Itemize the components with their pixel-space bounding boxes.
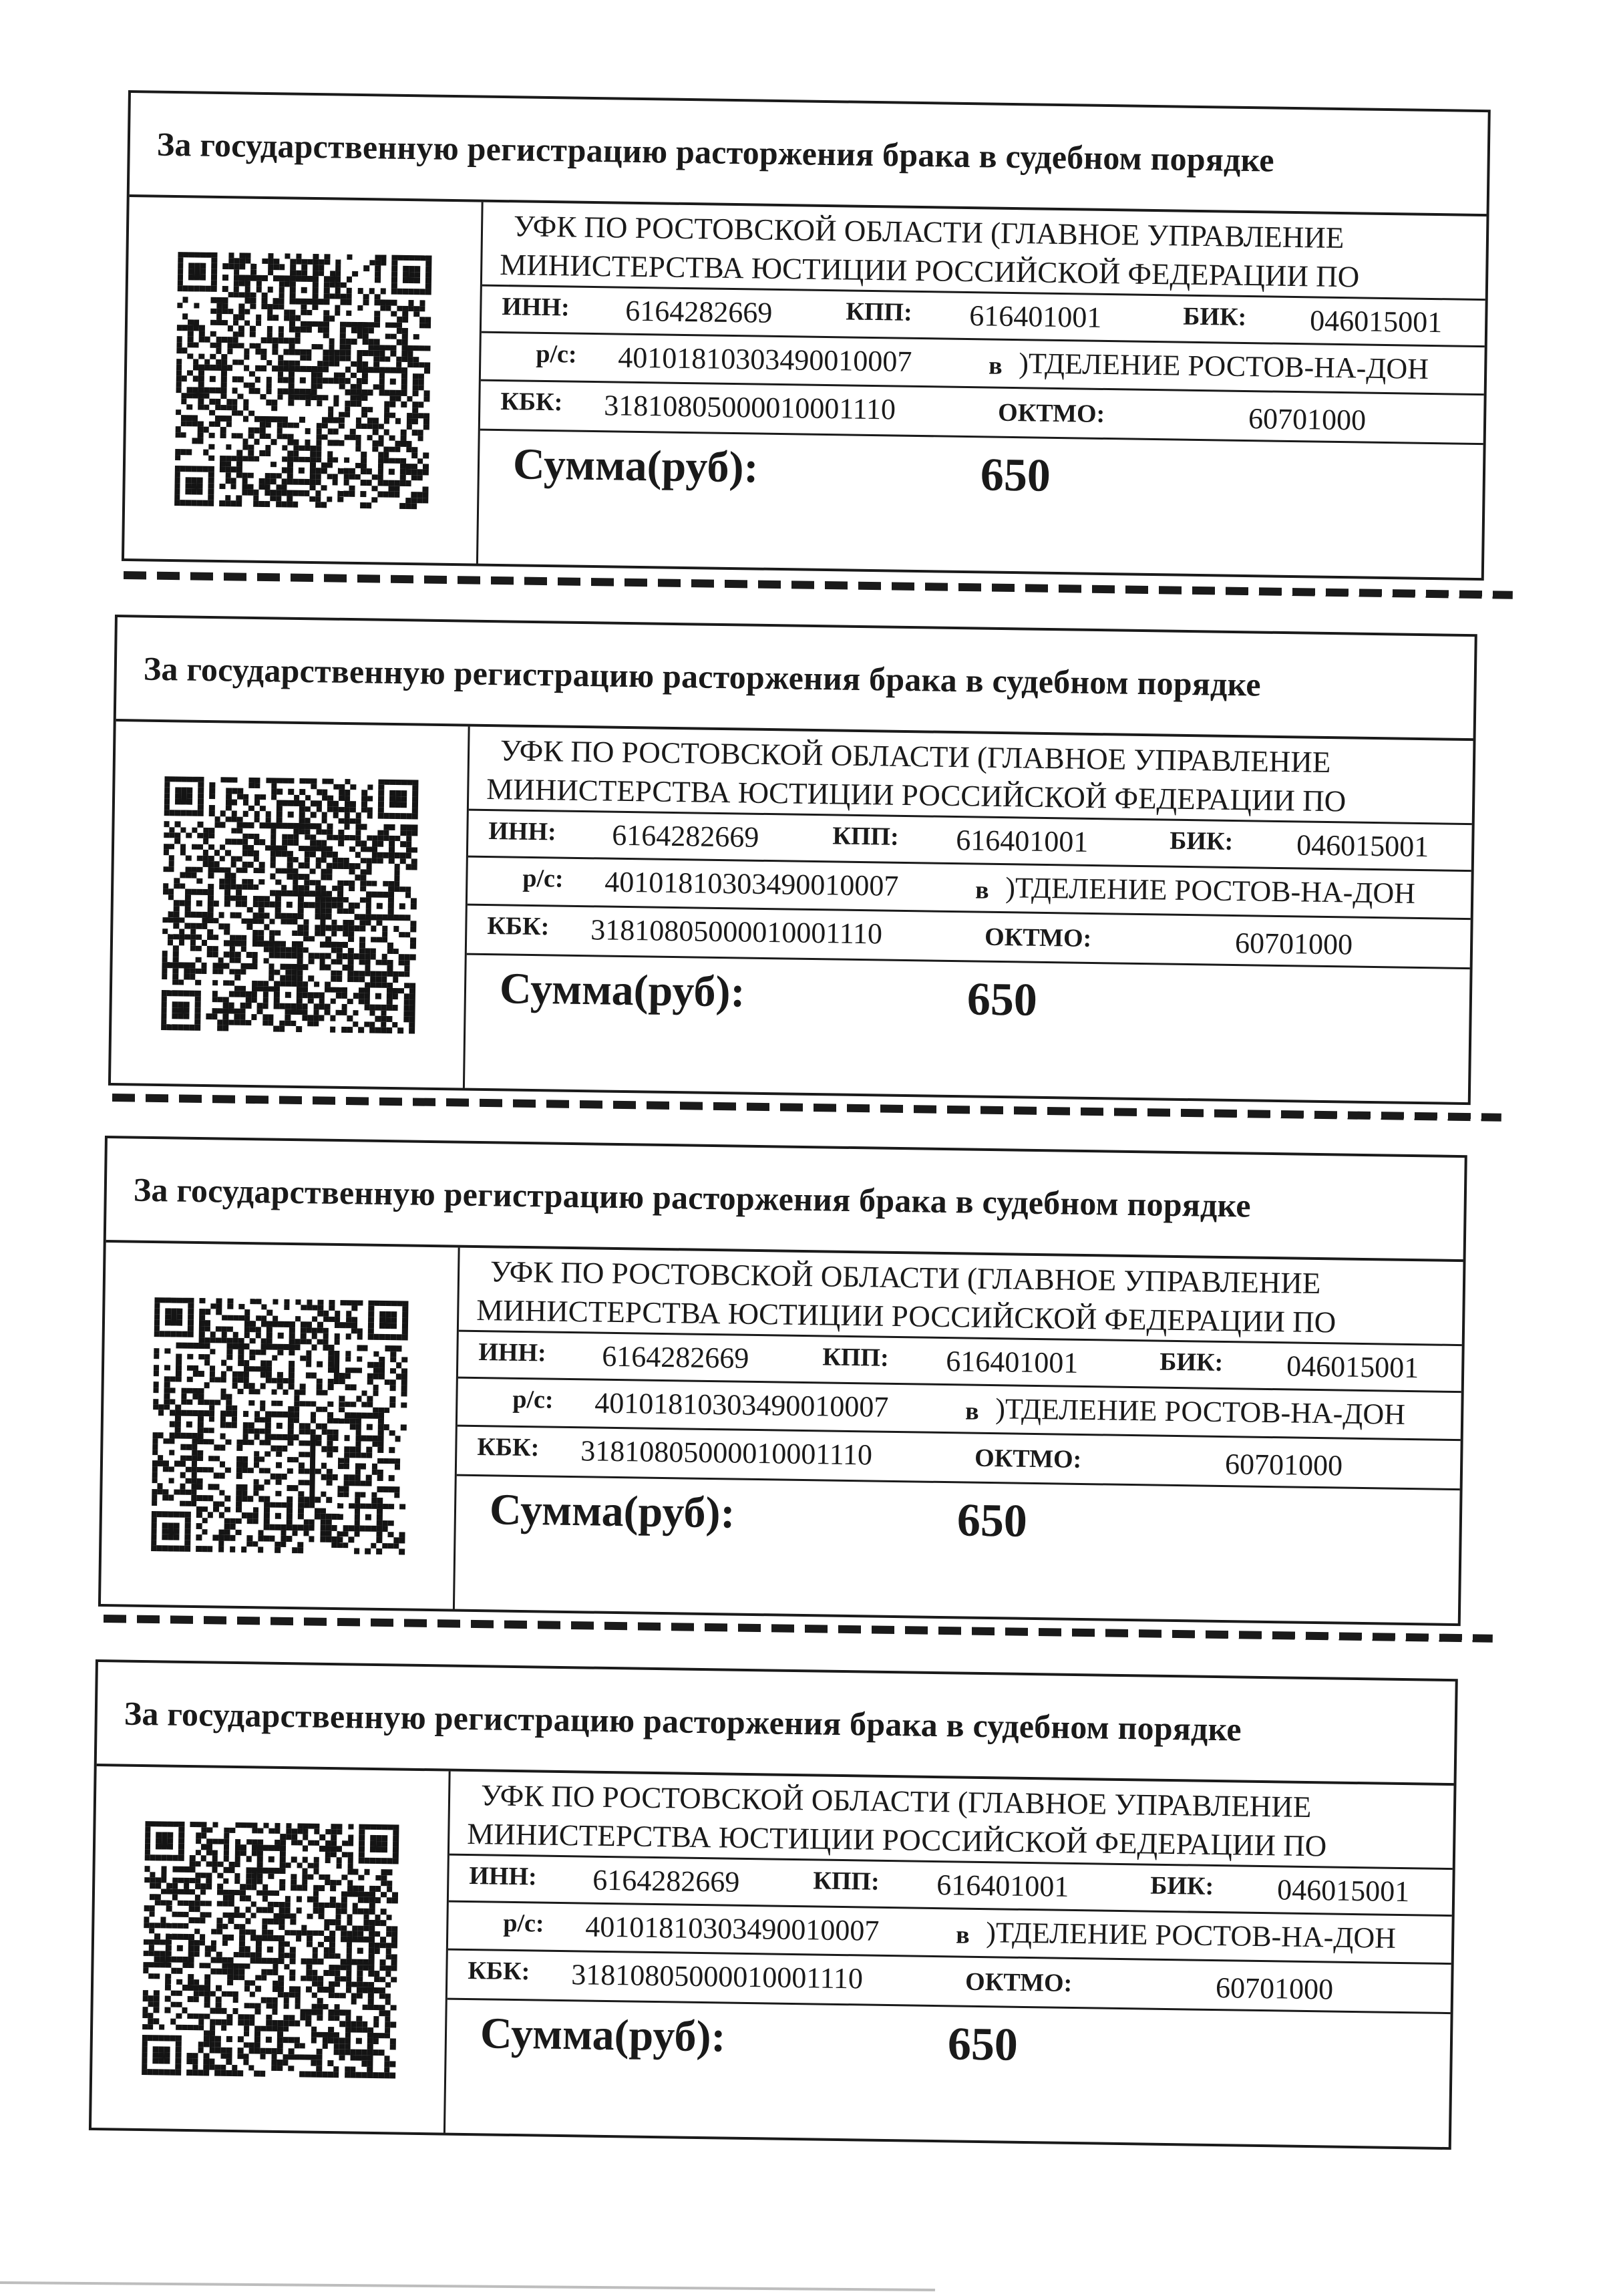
recipient-row: УФК ПО РОСТОВСКОЙ ОБЛАСТИ (ГЛАВНОЕ УПРАВ… <box>450 1772 1454 1870</box>
qr-code-icon <box>142 1821 399 2078</box>
inn-value: 6164282669 <box>612 818 759 854</box>
sum-label: Сумма(руб): <box>512 439 759 493</box>
kpp-label: КПП: <box>832 821 899 851</box>
payment-details: УФК ПО РОСТОВСКОЙ ОБЛАСТИ (ГЛАВНОЕ УПРАВ… <box>478 202 1487 578</box>
payment-coupon: За государственную регистрацию расторжен… <box>89 1659 1458 2150</box>
sum-row: Сумма(руб): 650 <box>445 2000 1451 2147</box>
bik-value: 046015001 <box>1296 828 1429 864</box>
inn-label: ИНН: <box>502 292 570 322</box>
qr-code-icon <box>161 776 418 1033</box>
payment-coupon: За государственную регистрацию расторжен… <box>122 90 1491 581</box>
kpp-label: КПП: <box>846 297 912 327</box>
coupon-title: За государственную регистрацию расторжен… <box>106 1138 1465 1262</box>
sum-label: Сумма(руб): <box>480 2008 726 2062</box>
recipient-row: УФК ПО РОСТОВСКОЙ ОБЛАСТИ (ГЛАВНОЕ УПРАВ… <box>459 1248 1463 1346</box>
qr-code-icon <box>151 1297 408 1554</box>
payment-details: УФК ПО РОСТОВСКОЙ ОБЛАСТИ (ГЛАВНОЕ УПРАВ… <box>465 727 1473 1102</box>
sum-row: Сумма(руб): 650 <box>455 1476 1460 1623</box>
qr-cell <box>101 1243 460 1609</box>
sum-value: 650 <box>956 1494 1027 1548</box>
bank-name: )ТДЕЛЕНИЕ РОСТОВ-НА-ДОН <box>986 1915 1396 1955</box>
bank-name: )ТДЕЛЕНИЕ РОСТОВ-НА-ДОН <box>1005 870 1415 911</box>
bik-label: БИК: <box>1183 302 1247 332</box>
bank-prefix: в <box>956 1920 970 1949</box>
kbk-value: 31810805000010001110 <box>571 1957 863 1995</box>
bik-label: БИК: <box>1159 1347 1224 1377</box>
kpp-value: 616401001 <box>946 1344 1079 1380</box>
account-value: 40101810303490010007 <box>618 341 912 379</box>
bank-prefix: в <box>965 1396 979 1426</box>
account-label: р/с: <box>522 864 564 894</box>
kbk-label: КБК: <box>477 1432 540 1462</box>
oktmo-label: ОКТМО: <box>974 1444 1082 1474</box>
kbk-label: КБК: <box>468 1956 530 1986</box>
bank-name: )ТДЕЛЕНИЕ РОСТОВ-НА-ДОН <box>1019 346 1429 386</box>
kpp-label: КПП: <box>813 1866 880 1896</box>
coupon-title: За государственную регистрацию расторжен… <box>116 617 1475 741</box>
account-value: 40101810303490010007 <box>604 865 899 903</box>
coupon-title: За государственную регистрацию расторжен… <box>130 93 1488 216</box>
recipient-row: УФК ПО РОСТОВСКОЙ ОБЛАСТИ (ГЛАВНОЕ УПРАВ… <box>469 727 1473 825</box>
bank-prefix: в <box>989 351 1003 380</box>
kpp-value: 616401001 <box>956 823 1089 859</box>
kpp-label: КПП: <box>822 1342 889 1372</box>
inn-label: ИНН: <box>478 1337 546 1367</box>
sum-value: 650 <box>980 448 1051 502</box>
scan-page-edge <box>0 2281 935 2291</box>
coupon-title: За государственную регистрацию расторжен… <box>97 1662 1455 1786</box>
oktmo-value: 60701000 <box>1225 1447 1343 1483</box>
payment-details: УФК ПО РОСТОВСКОЙ ОБЛАСТИ (ГЛАВНОЕ УПРАВ… <box>445 1772 1454 2147</box>
account-value: 40101810303490010007 <box>594 1386 889 1424</box>
oktmo-label: ОКТМО: <box>998 398 1105 429</box>
kbk-label: КБК: <box>500 387 563 417</box>
account-value: 40101810303490010007 <box>585 1910 880 1948</box>
account-label: р/с: <box>536 339 577 369</box>
inn-value: 6164282669 <box>625 294 773 330</box>
bik-value: 046015001 <box>1286 1349 1419 1385</box>
oktmo-label: ОКТМО: <box>965 1967 1073 1998</box>
oktmo-value: 60701000 <box>1248 401 1367 438</box>
sum-label: Сумма(руб): <box>499 963 745 1017</box>
kpp-value: 616401001 <box>936 1868 1069 1904</box>
sum-value: 650 <box>966 973 1037 1027</box>
bank-prefix: в <box>975 875 989 905</box>
bik-value: 046015001 <box>1277 1872 1410 1909</box>
sum-value: 650 <box>947 2017 1018 2072</box>
bik-label: БИК: <box>1150 1871 1214 1901</box>
payment-coupon: За государственную регистрацию расторжен… <box>108 615 1477 1105</box>
sum-row: Сумма(руб): 650 <box>465 955 1470 1102</box>
kbk-label: КБК: <box>487 911 550 941</box>
recipient-row: УФК ПО РОСТОВСКОЙ ОБЛАСТИ (ГЛАВНОЕ УПРАВ… <box>482 202 1487 301</box>
inn-value: 6164282669 <box>602 1339 749 1375</box>
sum-row: Сумма(руб): 650 <box>478 431 1483 578</box>
bik-value: 046015001 <box>1310 303 1443 339</box>
sum-label: Сумма(руб): <box>489 1484 735 1538</box>
account-label: р/с: <box>503 1909 544 1939</box>
inn-value: 6164282669 <box>592 1863 740 1899</box>
oktmo-value: 60701000 <box>1235 926 1353 962</box>
kbk-value: 31810805000010001110 <box>604 388 896 426</box>
kbk-value: 31810805000010001110 <box>590 913 882 951</box>
inn-label: ИНН: <box>469 1861 537 1891</box>
qr-cell <box>111 721 470 1088</box>
payment-coupon: За государственную регистрацию расторжен… <box>98 1136 1467 1626</box>
oktmo-label: ОКТМО: <box>985 923 1092 953</box>
kpp-value: 616401001 <box>969 299 1102 335</box>
qr-cell <box>92 1766 451 2133</box>
oktmo-value: 60701000 <box>1216 1971 1334 2007</box>
kbk-value: 31810805000010001110 <box>580 1434 872 1472</box>
payment-details: УФК ПО РОСТОВСКОЙ ОБЛАСТИ (ГЛАВНОЕ УПРАВ… <box>455 1248 1463 1623</box>
account-label: р/с: <box>512 1385 554 1415</box>
bank-name: )ТДЕЛЕНИЕ РОСТОВ-НА-ДОН <box>995 1391 1405 1432</box>
qr-cell <box>124 197 484 564</box>
qr-code-icon <box>174 252 431 509</box>
inn-label: ИНН: <box>488 816 556 846</box>
bik-label: БИК: <box>1170 826 1234 856</box>
